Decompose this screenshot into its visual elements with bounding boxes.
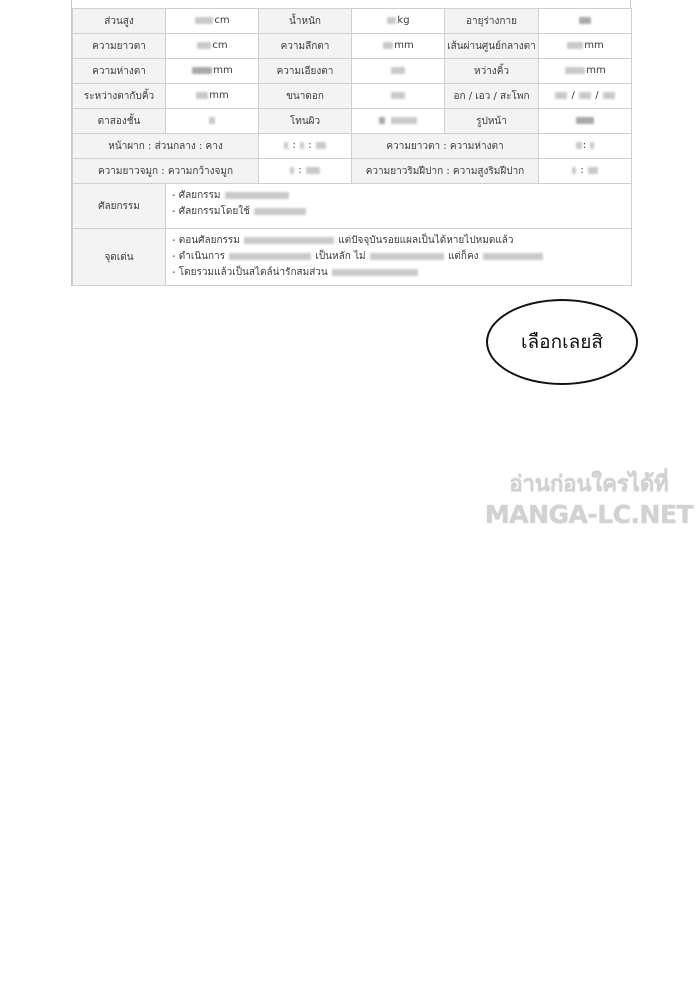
label-eye-brow-distance: ระหว่างตากับคิ้ว: [73, 84, 166, 109]
label-eye-ratio: ความยาวตา : ความห่างตา: [352, 134, 539, 159]
label-eye-tilt: ความเอียงตา: [259, 59, 352, 84]
table-row: ระหว่างตากับคิ้ว mm ขนาดอก อก / เอว / สะ…: [73, 84, 632, 109]
value-eye-diameter: mm: [539, 34, 632, 59]
label-lip-ratio: ความยาวริมฝีปาก : ความสูงริมฝีปาก: [352, 159, 539, 184]
label-face-shape: รูปหน้า: [445, 109, 539, 134]
table-row: ความยาวตา cm ความลึกตา mm เส้นผ่านศูนย์ก…: [73, 34, 632, 59]
speech-bubble: เลือกเลยสิ: [486, 299, 638, 385]
label-skin-tone: โทนผิว: [259, 109, 352, 134]
label-eye-length: ความยาวตา: [73, 34, 166, 59]
table-row: ตาสองชั้น โทนผิว รูปหน้า: [73, 109, 632, 134]
label-surgery: ศัลยกรรม: [73, 184, 166, 229]
value-eye-ratio: :: [539, 134, 632, 159]
value-bust-size: [352, 84, 445, 109]
highlights-list: - ตอนศัลยกรรม แต่ปัจจุบันรอยแผลเป็นได้หา…: [166, 229, 632, 286]
list-item: - ดำเนินการ เป็นหลัก ไม่ แต่ก็คง: [172, 249, 625, 265]
label-highlights: จุดเด่น: [73, 229, 166, 286]
table-row: หน้าผาก : ส่วนกลาง : คาง : : ความยาวตา :…: [73, 134, 632, 159]
watermark-line-1: อ่านก่อนใครได้ที่: [484, 470, 694, 500]
table-row: ความห่างตา mm ความเอียงตา หว่างคิ้ว mm: [73, 59, 632, 84]
label-height: ส่วนสูง: [73, 9, 166, 34]
label-eye-distance: ความห่างตา: [73, 59, 166, 84]
list-item: - โดยรวมแล้วเป็นสไตล์น่ารักสมส่วน: [172, 265, 625, 281]
table-row: ส่วนสูง cm น้ำหนัก kg อายุร่างกาย: [73, 9, 632, 34]
table-row: ความยาวจมูก : ความกว้างจมูก : ความยาวริม…: [73, 159, 632, 184]
value-height: cm: [166, 9, 259, 34]
label-nose-ratio: ความยาวจมูก : ความกว้างจมูก: [73, 159, 259, 184]
watermark-line-2: MANGA-LC.NET: [484, 500, 694, 530]
value-nose-ratio: :: [259, 159, 352, 184]
value-body-age: [539, 9, 632, 34]
value-skin-tone: [352, 109, 445, 134]
label-eye-depth: ความลึกตา: [259, 34, 352, 59]
label-brow-gap: หว่างคิ้ว: [445, 59, 539, 84]
value-eye-depth: mm: [352, 34, 445, 59]
list-item: - ตอนศัลยกรรม แต่ปัจจุบันรอยแผลเป็นได้หา…: [172, 233, 625, 249]
list-item: - ศัลยกรรมโดยใช้: [172, 204, 625, 220]
value-eye-brow-distance: mm: [166, 84, 259, 109]
label-bust-size: ขนาดอก: [259, 84, 352, 109]
table-row: ศัลยกรรม - ศัลยกรรม - ศัลยกรรมโดยใช้: [73, 184, 632, 229]
label-body-age: อายุร่างกาย: [445, 9, 539, 34]
value-brow-gap: mm: [539, 59, 632, 84]
watermark: อ่านก่อนใครได้ที่ MANGA-LC.NET: [484, 470, 694, 530]
speech-bubble-text: เลือกเลยสิ: [521, 327, 603, 357]
label-weight: น้ำหนัก: [259, 9, 352, 34]
profile-table: ส่วนสูง cm น้ำหนัก kg อายุร่างกาย ความยา…: [72, 8, 632, 286]
value-eye-distance: mm: [166, 59, 259, 84]
value-double-eyelid: [166, 109, 259, 134]
value-eye-tilt: [352, 59, 445, 84]
value-bwh: / /: [539, 84, 632, 109]
label-face-ratio: หน้าผาก : ส่วนกลาง : คาง: [73, 134, 259, 159]
surgery-list: - ศัลยกรรม - ศัลยกรรมโดยใช้: [166, 184, 632, 229]
list-item: - ศัลยกรรม: [172, 188, 625, 204]
value-lip-ratio: :: [539, 159, 632, 184]
label-bwh: อก / เอว / สะโพก: [445, 84, 539, 109]
label-eye-diameter: เส้นผ่านศูนย์กลางตา: [445, 34, 539, 59]
value-eye-length: cm: [166, 34, 259, 59]
value-face-shape: [539, 109, 632, 134]
value-weight: kg: [352, 9, 445, 34]
table-row: จุดเด่น - ตอนศัลยกรรม แต่ปัจจุบันรอยแผลเ…: [73, 229, 632, 286]
value-face-ratio: : :: [259, 134, 352, 159]
label-double-eyelid: ตาสองชั้น: [73, 109, 166, 134]
